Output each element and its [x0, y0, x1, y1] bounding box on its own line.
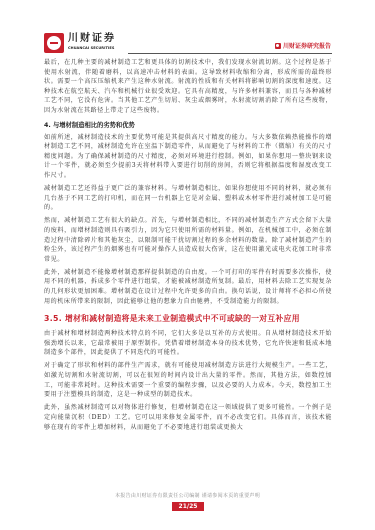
footer-disclaimer: 本报告由川财证券有限责任公司编制 谨请参阅本页的重要声明	[0, 492, 375, 499]
paragraph-disadvantages: 然而，减材制造工艺有很大的缺点。首先，与增材制造相比，不同的减材制造生产方式会留…	[44, 216, 332, 264]
paragraph-waterjet: 最后，在几种主要的减材制造工艺和更具体的切割技术中，我们发现水射流切割。这个过程…	[44, 58, 332, 116]
logo-chinese-name: 川财证券	[68, 33, 116, 45]
paragraph-precision: 如前所述，减材制造技术的主要优势可能是其提供高尺寸精度的能力。与大多数依赖热能操…	[44, 133, 332, 181]
report-logo-icon	[275, 43, 281, 49]
report-type-label: 川财证券研究报告	[283, 41, 331, 50]
paragraph-freedom: 此外，减材制造不能像增材制造那样提供制造的自由度。一个可打印的零件有时需要多次操…	[44, 268, 332, 306]
page-number: 21/25	[172, 502, 204, 511]
header-divider	[128, 53, 332, 54]
section-heading-3-5: 3.5. 增材和减材制造将是未来工业制造模式中不可或缺的一对互补应用	[44, 313, 332, 325]
paragraph-complementary: 由于减材和增材制造两种技术特点的不同，它们大多是以互补的方式使用。自从增材制造技…	[44, 329, 332, 358]
page-header: 川财证券 CHUANCAI SECURITIES 川财证券研究报告	[44, 33, 332, 55]
section-heading-4: 4. 与增材制造相比的劣势和优势	[44, 121, 332, 130]
logo-english-name: CHUANCAI SECURITIES	[68, 45, 116, 51]
paragraph-repair: 此外，虽然减材制造可以对物体进行修复，但增材制造在这一领域提供了更多可能性。一个…	[44, 403, 332, 432]
chuancai-logo-icon	[44, 33, 64, 53]
report-type-tag: 川财证券研究报告	[275, 41, 331, 50]
paragraph-mass-production: 对于确定了形状和材料的部件生产需求，就有可能使用减材制造方法进行大规模生产。一些…	[44, 361, 332, 399]
company-logo: 川财证券 CHUANCAI SECURITIES	[44, 33, 116, 53]
document-body: 最后，在几种主要的减材制造工艺和更具体的切割技术中，我们发现水射流切割。这个过程…	[44, 58, 332, 436]
paragraph-materials: 减材制造工艺还得益于更广泛的兼容材料。与增材制造相比，如果你想使用不同的材料，就…	[44, 184, 332, 213]
